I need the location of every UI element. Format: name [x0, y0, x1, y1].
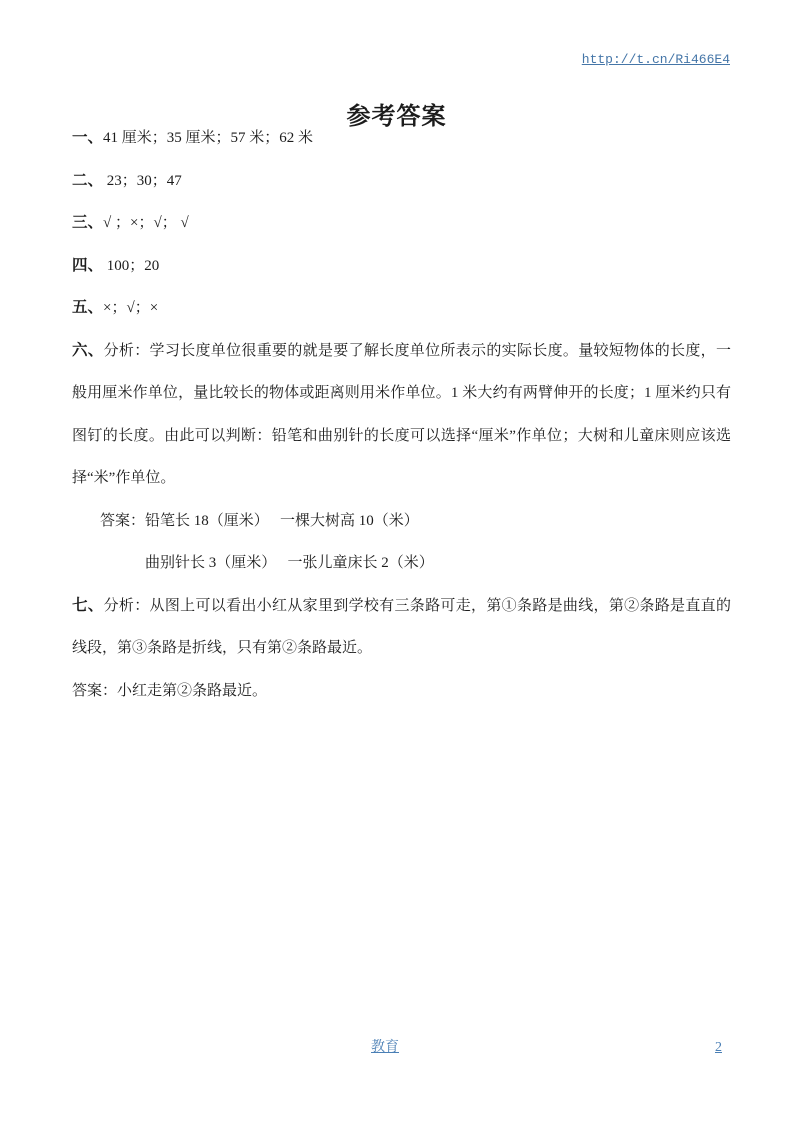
section6-analysis: 六、分析：学习长度单位很重要的就是要了解长度单位所表示的实际长度。量较短物体的长…: [72, 330, 731, 500]
answer-row-4: 四、 100；20: [72, 245, 731, 288]
answer-text: ×；√；×: [103, 300, 158, 316]
answer-text: 41 厘米；35 厘米；57 米；62 米: [103, 130, 313, 146]
section7-analysis: 七、分析：从图上可以看出小红从家里到学校有三条路可走，第①条路是曲线，第②条路是…: [72, 585, 731, 670]
section6-analysis-text: 分析：学习长度单位很重要的就是要了解长度单位所表示的实际长度。量较短物体的长度，…: [72, 343, 731, 487]
answer-row-3: 三、√ ；×；√； √: [72, 202, 731, 245]
answer-text: 23；30；47: [103, 173, 182, 189]
answer-label: 三、: [72, 214, 103, 231]
answer-label: 四、: [72, 257, 103, 274]
answer-text: √ ；×；√； √: [103, 215, 189, 231]
section7-label: 七、: [72, 597, 104, 614]
answer-label: 一、: [72, 129, 103, 146]
answer-label: 五、: [72, 299, 103, 316]
answer-row-5: 五、×；√；×: [72, 287, 731, 330]
header-url-line: http://t.cn/Ri466E4: [582, 52, 730, 67]
section7-analysis-text: 分析：从图上可以看出小红从家里到学校有三条路可走，第①条路是曲线，第②条路是直直…: [72, 598, 731, 657]
section6-answer-line2: 曲别针长 3（厘米） 一张儿童床长 2（米）: [72, 542, 731, 585]
answer-label: 二、: [72, 172, 103, 189]
source-url-link[interactable]: http://t.cn/Ri466E4: [582, 52, 730, 67]
document-page: http://t.cn/Ri466E4 参考答案 一、41 厘米；35 厘米；5…: [0, 0, 793, 1122]
section6-label: 六、: [72, 342, 104, 359]
footer-page-number[interactable]: 2: [715, 1040, 722, 1055]
section6-answer-line1: 答案：铅笔长 18（厘米） 一棵大树高 10（米）: [72, 500, 731, 543]
answer-row-1: 一、41 厘米；35 厘米；57 米；62 米: [72, 117, 731, 160]
footer-site-link[interactable]: 教育: [371, 1040, 399, 1055]
document-body: 一、41 厘米；35 厘米；57 米；62 米 二、 23；30；47 三、√ …: [72, 117, 731, 712]
answer-text: 100；20: [103, 258, 159, 274]
answer-row-2: 二、 23；30；47: [72, 160, 731, 203]
section7-answer-line: 答案：小红走第②条路最近。: [72, 670, 731, 713]
